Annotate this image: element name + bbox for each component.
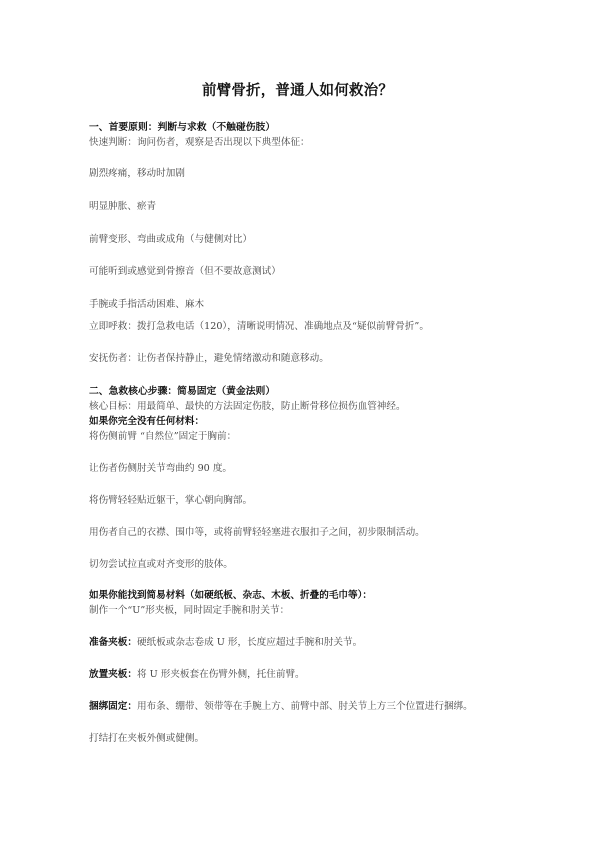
sign-item: 剧烈疼痛，移动时加剧 (89, 167, 185, 181)
page-title: 前臂骨折，普通人如何救治？ (0, 79, 595, 100)
step-text: 硬纸板或杂志卷成 U 形，长度应超过手腕和肘关节。 (137, 637, 362, 648)
step-text: 用布条、绷带、领带等在手腕上方、前臂中部、肘关节上方三个位置进行捆绑。 (137, 701, 473, 712)
no-material-step: 将伤臂轻轻贴近躯干，掌心朝向胸部。 (89, 494, 252, 508)
no-material-step: 让伤者伤侧肘关节弯曲约 90 度。 (89, 462, 232, 476)
section-2-goal: 核心目标：用最简单、最快的方法固定伤肢，防止断骨移位损伤血管神经。 (89, 400, 406, 414)
section-1-intro: 快速判断：询问伤者，观察是否出现以下典型体征： (89, 136, 310, 150)
step-label: 放置夹板： (89, 669, 137, 680)
sign-item: 可能听到或感觉到骨擦音（但不要故意测试） (89, 265, 281, 279)
section-1-heading: 一、首要原则：判断与求救（不触碰伤肢） (89, 121, 275, 135)
no-material-step: 用伤者自己的衣襟、围巾等，或将前臂轻轻塞进衣服扣子之间，初步限制活动。 (89, 526, 425, 540)
comfort-text: 安抚伤者：让伤者保持静止，避免情绪激动和随意移动。 (89, 352, 329, 366)
step-label: 准备夹板： (89, 637, 137, 648)
step-label: 捆绑固定： (89, 701, 137, 712)
no-material-step: 切勿尝试拉直或对齐变形的肢体。 (89, 558, 233, 572)
sign-item: 前臂变形、弯曲或成角（与健侧对比） (89, 233, 252, 247)
with-material-step: 放置夹板：将 U 形夹板套在伤臂外侧，托住前臂。 (89, 668, 305, 682)
no-material-intro: 将伤侧前臂 “自然位”固定于胸前： (89, 430, 236, 444)
document-page: 前臂骨折，普通人如何救治？ 一、首要原则：判断与求救（不触碰伤肢） 快速判断：询… (0, 0, 595, 841)
final-note: 打结打在夹板外侧或健侧。 (89, 732, 204, 746)
with-material-step: 准备夹板：硬纸板或杂志卷成 U 形，长度应超过手腕和肘关节。 (89, 636, 362, 650)
step-text: 将 U 形夹板套在伤臂外侧，托住前臂。 (137, 669, 305, 680)
call-help-text: 立即呼救：拨打急救电话（120），清晰说明情况、准确地点及“疑似前臂骨折”。 (89, 320, 429, 334)
with-material-heading: 如果你能找到简易材料（如硬纸板、杂志、木板、折叠的毛巾等）： (89, 589, 372, 603)
with-material-intro: 制作一个“U”形夹板，同时固定手腕和肘关节： (89, 604, 289, 618)
sign-item: 明显肿胀、瘀青 (89, 200, 156, 214)
section-2-heading: 二、急救核心步骤：简易固定（黄金法则） (89, 385, 275, 399)
sign-item: 手腕或手指活动困难、麻木 (89, 298, 204, 312)
with-material-step: 捆绑固定：用布条、绷带、领带等在手腕上方、前臂中部、肘关节上方三个位置进行捆绑。 (89, 700, 473, 714)
no-material-heading: 如果你完全没有任何材料： (89, 415, 204, 429)
